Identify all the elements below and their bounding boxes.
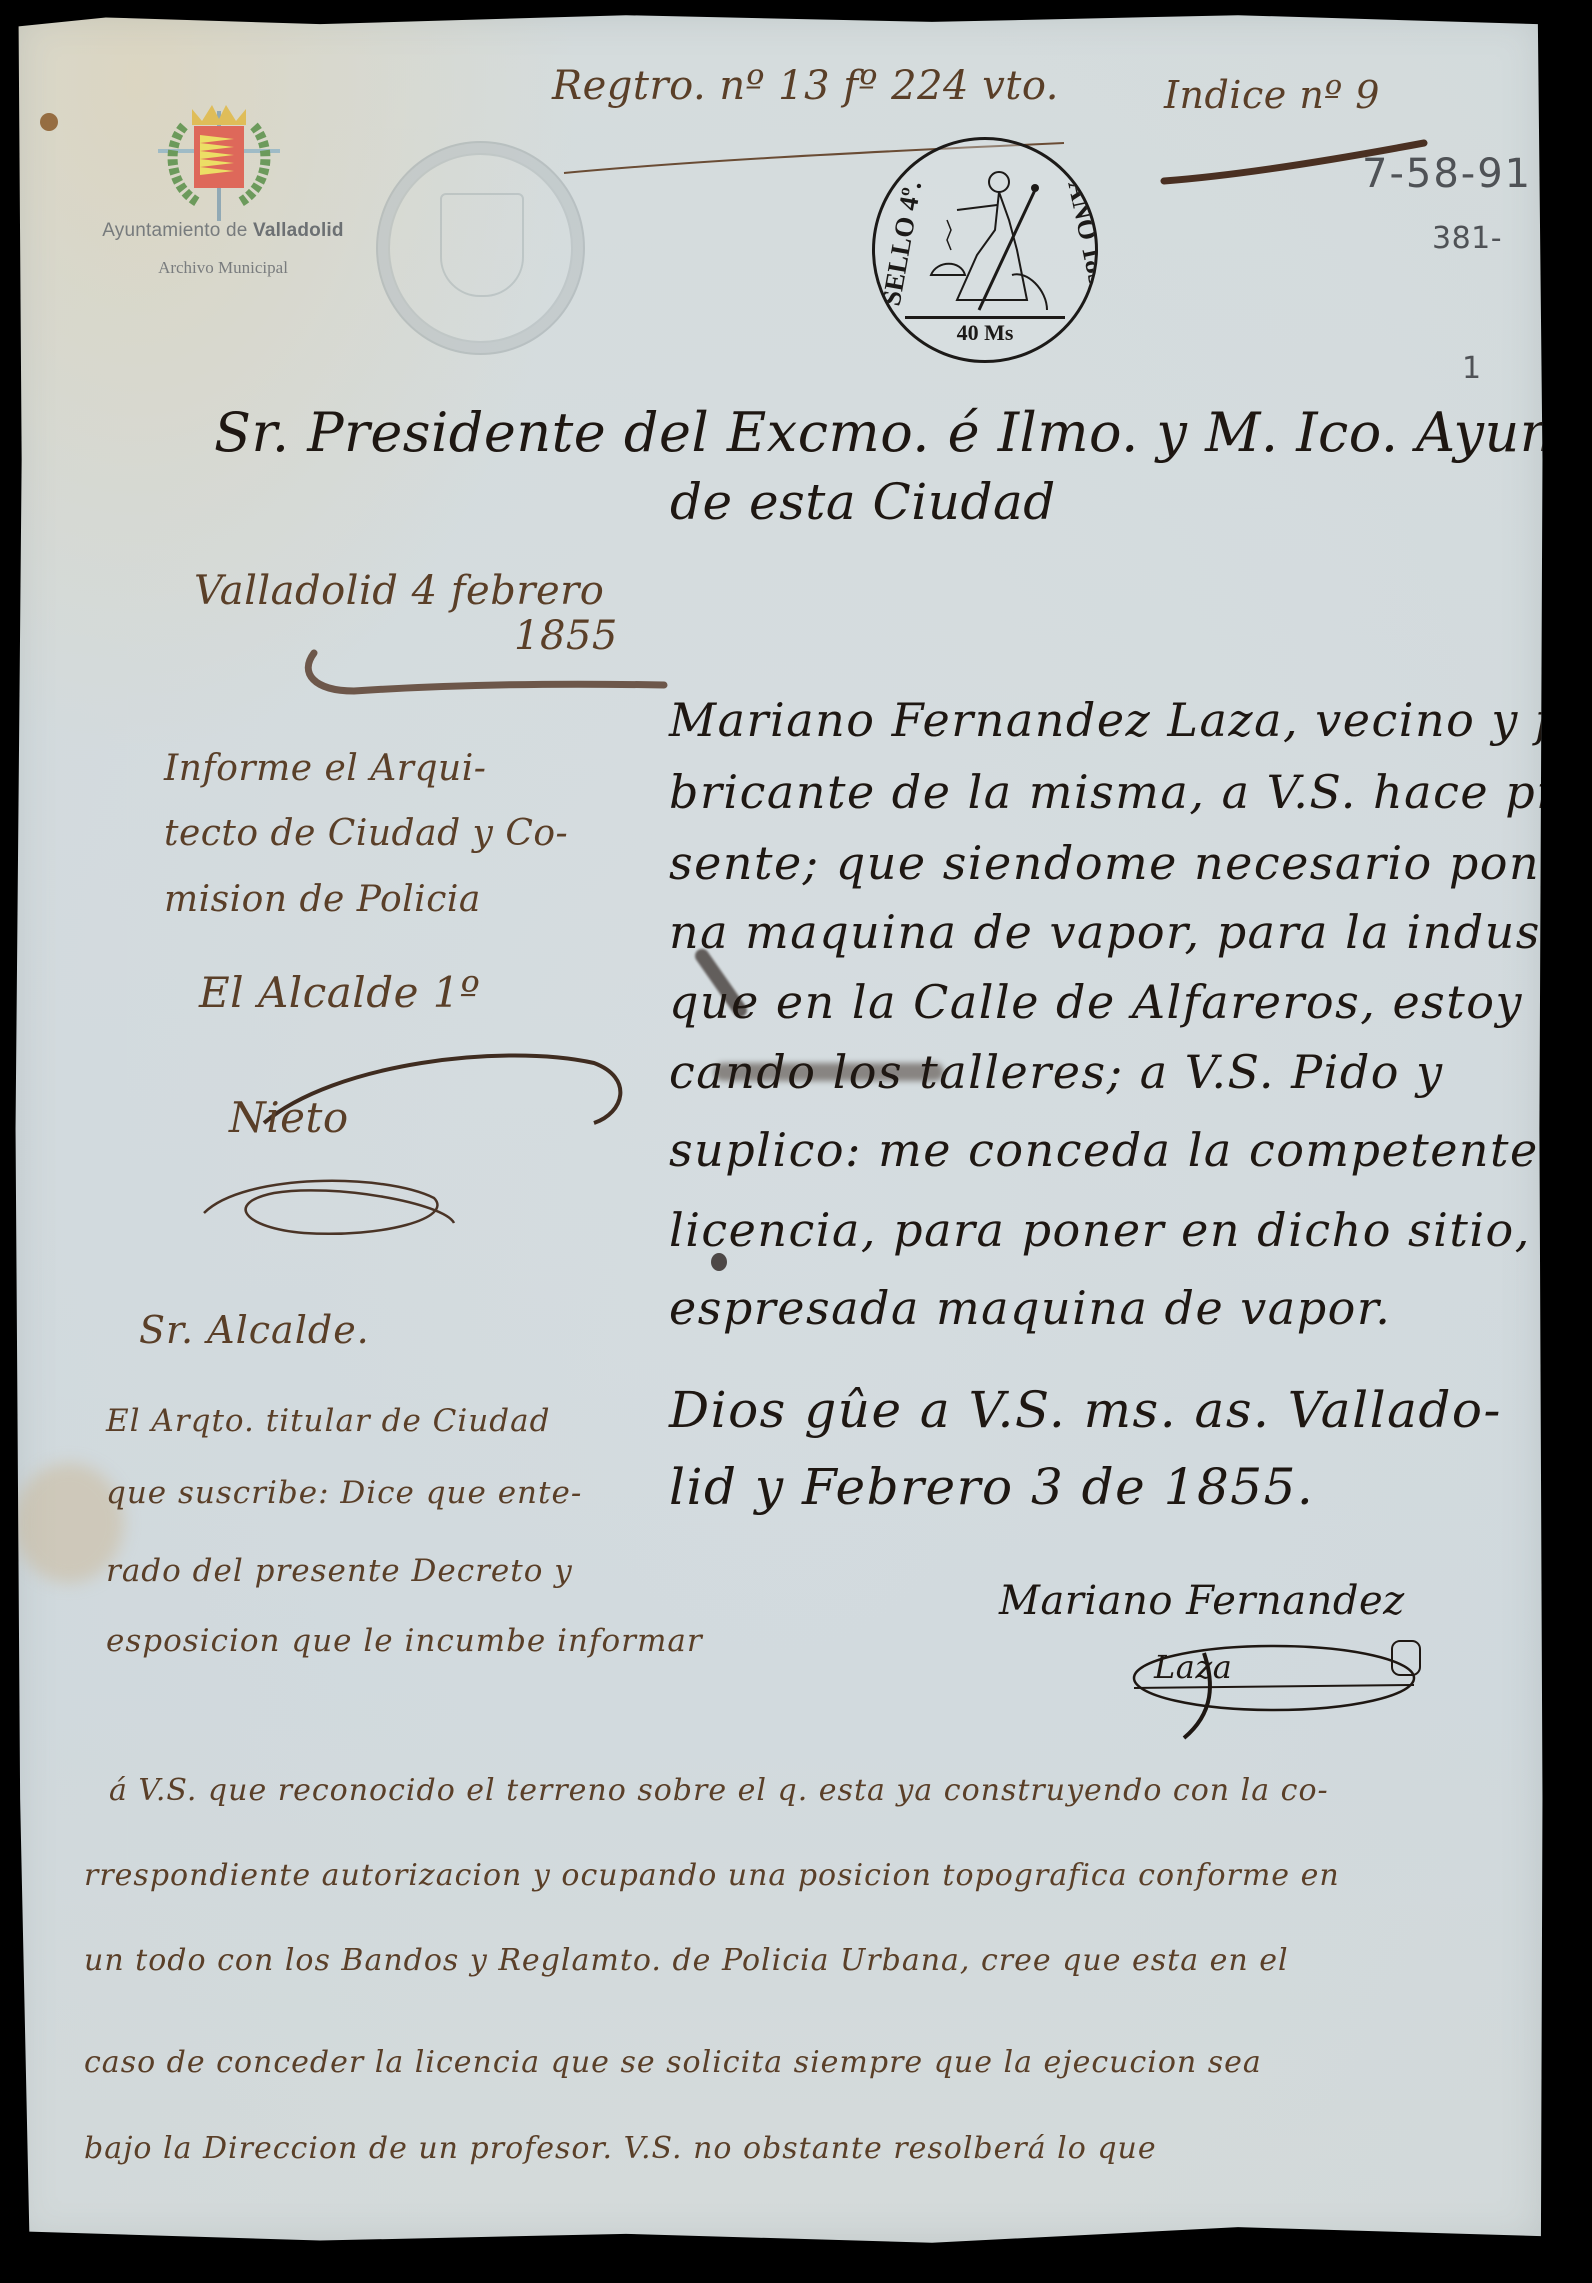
report-line: rrespondiente autorizacion y ocupando un…: [84, 1858, 1340, 1893]
rust-stain: [40, 113, 58, 131]
archive-title: Ayuntamiento de Valladolid: [78, 220, 368, 242]
addressee-line-1: Sr. Presidente del Excmo. é Ilmo. y M. I…: [214, 401, 1592, 464]
petition-date-line: lid y Febrero 3 de 1855.: [669, 1458, 1314, 1516]
index-annotation: Indice nº 9: [1164, 73, 1380, 117]
report-salutation: Sr. Alcalde.: [139, 1308, 370, 1352]
petition-line: licencia, para poner en dicho sitio, la: [669, 1203, 1592, 1257]
addressee-line-2: de esta Ciudad: [670, 473, 1056, 531]
petition-closing-line: Dios gûe a V.S. ms. as. Vallado-: [669, 1381, 1502, 1439]
report-margin-line: rado del presente Decreto y: [106, 1553, 573, 1589]
pencil-catalog-code: 7-58-91: [1362, 151, 1532, 197]
margin-date-line-1: Valladolid 4 febrero: [194, 568, 604, 614]
archive-subtitle: Archivo Municipal: [78, 258, 368, 278]
decree-signer-title: El Alcalde 1º: [199, 968, 480, 1017]
decree-signer-name: Nieto: [229, 1093, 349, 1142]
report-line: un todo con los Bandos y Reglamto. de Po…: [84, 1943, 1289, 1978]
pencil-number: 381-: [1432, 221, 1502, 256]
decree-line: Informe el Arqui-: [164, 748, 486, 789]
stamp-divider: [905, 316, 1065, 319]
stamp-value: 40 Ms: [875, 320, 1095, 346]
report-margin-line: que suscribe: Dice que ente-: [106, 1475, 582, 1511]
decree-line: mision de Policia: [164, 879, 481, 920]
valladolid-coat-of-arms-icon: [154, 91, 284, 226]
report-line: á V.S. que reconocido el terreno sobre e…: [109, 1773, 1329, 1808]
petition-line: bricante de la misma, a V.S. hace pre-: [669, 765, 1592, 819]
report-margin-line: El Arqto. titular de Ciudad: [106, 1403, 550, 1439]
petition-line: espresada maquina de vapor.: [669, 1281, 1391, 1335]
petition-line: na maquina de vapor, para la industria: [669, 905, 1592, 959]
report-line: caso de conceder la licencia que se soli…: [84, 2045, 1262, 2080]
decree-line: tecto de Ciudad y Co-: [164, 813, 568, 854]
manuscript-page: Ayuntamiento de Valladolid Archivo Munic…: [14, 13, 1544, 2245]
tax-stamp: SELLO 4º. AÑO 1855. 40 Ms: [872, 137, 1098, 363]
petition-line: suplico: me conceda la competente: [669, 1123, 1539, 1177]
embossed-seal-icon: [376, 141, 585, 355]
petition-line: que en la Calle de Alfareros, estoy edif…: [669, 975, 1592, 1029]
signature-surname: Laza: [1154, 1648, 1232, 1686]
petition-line: Mariano Fernandez Laza, vecino y fa-: [669, 693, 1592, 747]
stamp-right-text: AÑO 1855.: [1061, 178, 1098, 309]
nieto-rubric-flourish: [184, 1163, 484, 1263]
signature-name: Mariano Fernandez: [999, 1578, 1405, 1624]
seated-allegorical-figure-icon: [917, 160, 1057, 316]
report-line: bajo la Direccion de un profesor. V.S. n…: [84, 2131, 1157, 2166]
margin-date-line-2: 1855: [514, 613, 618, 659]
report-margin-line: esposicion que le incumbe informar: [106, 1623, 703, 1659]
petition-line: cando los talleres; a V.S. Pido y: [669, 1045, 1444, 1099]
petition-line: sente; que siendome necesario poner u-: [669, 836, 1592, 890]
register-annotation: Regtro. nº 13 fº 224 vto.: [552, 63, 1059, 109]
page-number: 1: [1462, 351, 1482, 386]
